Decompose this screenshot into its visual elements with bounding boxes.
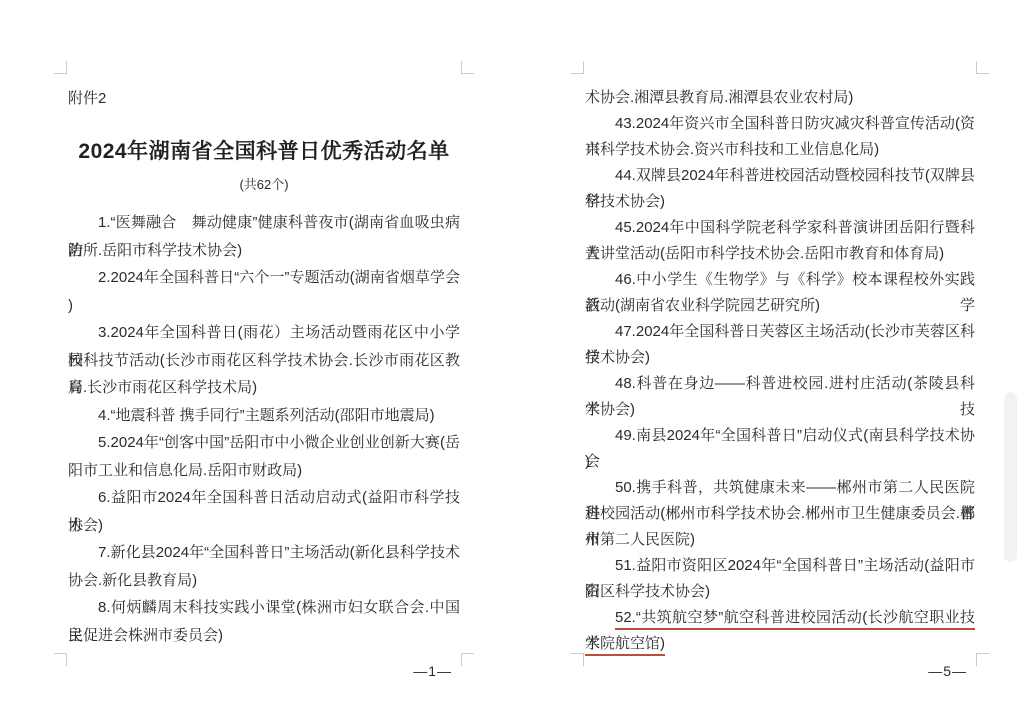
text-line: ) — [68, 292, 460, 320]
page-right: 术协会.湘潭县教育局.湘潭县农业农村局)43.2024年资兴市全国科普日防灾减灾… — [585, 75, 975, 652]
crop-mark-top-left — [54, 61, 67, 74]
line-text: 学技术协会) — [585, 193, 665, 210]
text-line: 园科技节活动(长沙市雨花区科学技术协会.长沙市雨花区教育 — [68, 347, 460, 375]
left-page-body: 1.“医舞融合 舞动健康”健康科普夜市(湖南省血吸虫病防治所.岳阳市科学技术协会… — [68, 209, 460, 649]
line-text: 阳市工业和信息化局.岳阳市财政局) — [68, 462, 302, 479]
text-line: 48.科普在身边——科普进校园.进村庄活动(茶陵县科学技 — [585, 371, 975, 397]
line-text: 活动(湖南省农业科学院园艺研究所) — [585, 297, 820, 314]
text-line: 52.“共筑航空梦”航空科普进校园活动(长沙航空职业技术 — [585, 605, 975, 631]
text-line: 术协会.湘潭县教育局.湘潭县农业农村局) — [585, 85, 975, 111]
crop-mark-bottom-left — [571, 653, 584, 666]
text-line: 技术协会) — [585, 345, 975, 371]
text-line: 协会) — [68, 512, 460, 540]
text-line: ) — [585, 449, 975, 475]
text-line: 47.2024年全国科普日芙蓉区主场活动(长沙市芙蓉区科学 — [585, 319, 975, 345]
text-line: 44.双牌县2024年科普进校园活动暨校园科技节(双牌县科 — [585, 163, 975, 189]
line-text: 2.2024年全国科普日“六个一”专题活动(湖南省烟草学会 — [98, 269, 460, 286]
line-text: 协会.新化县教育局) — [68, 572, 197, 589]
text-line: 阳区科学技术协会) — [585, 579, 975, 605]
document-subtitle: (共62个) — [68, 174, 460, 193]
crop-mark-bottom-left — [54, 653, 67, 666]
underlined-text: 学院航空馆) — [585, 635, 665, 656]
line-text: ) — [68, 297, 73, 314]
line-text: 术协会.湘潭县教育局.湘潭县农业农村局) — [585, 89, 853, 106]
crop-mark-bottom-right — [976, 653, 989, 666]
text-line: 46.中小学生《生物学》与《科学》校本课程校外实践教学 — [585, 267, 975, 293]
text-line: 市科学技术协会.资兴市科技和工业信息化局) — [585, 137, 975, 163]
line-text: 技术协会) — [585, 349, 650, 366]
line-text: 局.长沙市雨花区科学技术局) — [68, 379, 257, 396]
text-line: 5.2024年“创客中国”岳阳市中小微企业创业创新大赛(岳 — [68, 429, 460, 457]
crop-mark-top-right — [976, 61, 989, 74]
line-text: 阳区科学技术协会) — [585, 583, 710, 600]
text-line: 8.何炳麟周末科技实践小课堂(株洲市妇女联合会.中国民 — [68, 594, 460, 622]
text-line: 50.携手科普，共筑健康未来——郴州市第二人民医院科普 — [585, 475, 975, 501]
line-text: 主促进会株洲市委员会) — [68, 627, 223, 644]
page-left: 附件2 2024年湖南省全国科普日优秀活动名单 (共62个) 1.“医舞融合 舞… — [68, 75, 460, 652]
document-canvas: 附件2 2024年湖南省全国科普日优秀活动名单 (共62个) 1.“医舞融合 舞… — [0, 0, 1024, 728]
text-line: 大讲堂活动(岳阳市科学技术协会.岳阳市教育和体育局) — [585, 241, 975, 267]
line-text: 市第二人民医院) — [585, 531, 695, 548]
line-text: 48.科普在身边——科普进校园.进村庄活动(茶陵县科学技 — [585, 375, 975, 418]
page-number-left: —1— — [413, 663, 452, 679]
text-line: 主促进会株洲市委员会) — [68, 622, 460, 650]
text-line: 3.2024年全国科普日(雨花）主场活动暨雨花区中小学校 — [68, 319, 460, 347]
page-number-right: —5— — [928, 663, 967, 679]
crop-mark-bottom-right — [461, 653, 474, 666]
text-line: 阳市工业和信息化局.岳阳市财政局) — [68, 457, 460, 485]
text-line: 2.2024年全国科普日“六个一”专题活动(湖南省烟草学会 — [68, 264, 460, 292]
scan-artifact — [1004, 392, 1017, 562]
text-line: 协会.新化县教育局) — [68, 567, 460, 595]
text-line: 进校园活动(郴州市科学技术协会.郴州市卫生健康委员会.郴州 — [585, 501, 975, 527]
text-line: 51.益阳市资阳区2024年“全国科普日”主场活动(益阳市资 — [585, 553, 975, 579]
crop-mark-top-left — [571, 61, 584, 74]
text-line: 学技术协会) — [585, 189, 975, 215]
line-text: ) — [585, 453, 590, 470]
text-line: 49.南县2024年“全国科普日”启动仪式(南县科学技术协会 — [585, 423, 975, 449]
attachment-label: 附件2 — [68, 87, 106, 108]
line-text: 市科学技术协会.资兴市科技和工业信息化局) — [585, 141, 879, 158]
line-text: 5.2024年“创客中国”岳阳市中小微企业创业创新大赛(岳 — [98, 434, 460, 451]
text-line: 学院航空馆) — [585, 631, 975, 657]
text-line: 局.长沙市雨花区科学技术局) — [68, 374, 460, 402]
line-text: 术协会) — [585, 401, 635, 418]
text-line: 43.2024年资兴市全国科普日防灾减灾科普宣传活动(资兴 — [585, 111, 975, 137]
line-text: 7.新化县2024年“全国科普日”主场活动(新化县科学技术 — [98, 544, 460, 561]
text-line: 7.新化县2024年“全国科普日”主场活动(新化县科学技术 — [68, 539, 460, 567]
text-line: 治所.岳阳市科学技术协会) — [68, 237, 460, 265]
line-text: 治所.岳阳市科学技术协会) — [68, 242, 242, 259]
text-line: 市第二人民医院) — [585, 527, 975, 553]
crop-mark-top-right — [461, 61, 474, 74]
line-text: 4.“地震科普 携手同行”主题系列活动(邵阳市地震局) — [98, 407, 435, 424]
right-page-body: 术协会.湘潭县教育局.湘潭县农业农村局)43.2024年资兴市全国科普日防灾减灾… — [585, 85, 975, 657]
line-text: 协会) — [68, 517, 103, 534]
text-line: 1.“医舞融合 舞动健康”健康科普夜市(湖南省血吸虫病防 — [68, 209, 460, 237]
line-text: 大讲堂活动(岳阳市科学技术协会.岳阳市教育和体育局) — [585, 245, 944, 262]
text-line: 45.2024年中国科学院老科学家科普演讲团岳阳行暨科普 — [585, 215, 975, 241]
text-line: 6.益阳市2024年全国科普日活动启动式(益阳市科学技术 — [68, 484, 460, 512]
text-line: 4.“地震科普 携手同行”主题系列活动(邵阳市地震局) — [68, 402, 460, 430]
document-title: 2024年湖南省全国科普日优秀活动名单 — [68, 135, 460, 165]
